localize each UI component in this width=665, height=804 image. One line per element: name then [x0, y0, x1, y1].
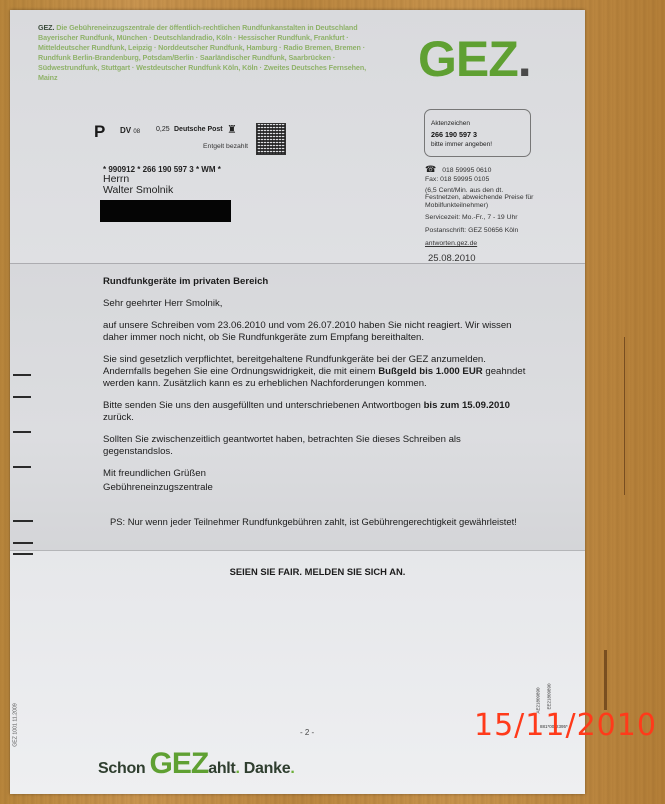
- call-to-action: SEIEN SIE FAIR. MELDEN SIE SICH AN.: [10, 566, 585, 577]
- slogan-dot: .: [235, 760, 239, 777]
- sender-line: Die Gebühreneinzugszentrale der öffentli…: [56, 23, 357, 32]
- redacted-address-bar: [100, 200, 231, 222]
- letter-paragraph-2: Sie sind gesetzlich verpflichtet, bereit…: [103, 354, 533, 390]
- logo-dot: .: [518, 31, 531, 87]
- contact-fax: Fax: 018 59995 0105: [425, 175, 537, 184]
- tick-mark: [13, 553, 33, 555]
- postage-paid: Entgelt bezahlt: [203, 143, 248, 150]
- recipient-name: Walter Smolnik: [103, 185, 173, 196]
- letter-greeting: Sehr geehrter Herr Smolnik,: [103, 298, 533, 310]
- postage-p-letter: P: [94, 122, 105, 142]
- reference-label: Aktenzeichen: [431, 120, 470, 127]
- deadline: bis zum 15.09.2010: [424, 400, 510, 411]
- letter-closing: Mit freundlichen Grüßen: [103, 468, 533, 480]
- tick-mark: [13, 520, 33, 522]
- page-number: - 2 -: [300, 728, 314, 737]
- recipient-address: Herrn Walter Smolnik: [103, 174, 173, 196]
- letter-postscript: PS: Nur wenn jeder Teilnehmer Rundfunkge…: [110, 516, 530, 528]
- gez-logo: GEZ.: [418, 30, 531, 88]
- tick-mark: [13, 466, 31, 468]
- wood-knot: [604, 650, 607, 710]
- tick-mark: [13, 431, 31, 433]
- slogan-dot: .: [290, 760, 294, 777]
- fold-line: [10, 550, 585, 551]
- slogan-text: ahlt: [208, 760, 235, 777]
- slogan-text: Schon: [98, 760, 150, 777]
- postage-carrier: Deutsche Post: [174, 126, 223, 133]
- letter-paragraph-3: Bitte senden Sie uns den ausgefüllten un…: [103, 400, 533, 424]
- footer-slogan: Schon GEZahlt. Danke.: [98, 747, 294, 781]
- sender-line: Mitteldeutscher Rundfunk, Leipzig · Nord…: [38, 43, 383, 53]
- sender-line: Bayerischer Rundfunk, München · Deutschl…: [38, 33, 383, 43]
- postage-dv-code: 08: [133, 129, 140, 135]
- tick-mark: [13, 374, 31, 376]
- contact-service-hours: Servicezeit: Mo.-Fr., 7 - 19 Uhr: [425, 213, 537, 222]
- letter-paragraph-4: Sollten Sie zwischenzeitlich geantwortet…: [103, 434, 533, 458]
- camera-date-stamp: 15/11/2010: [474, 708, 657, 743]
- telephone-icon: ☎: [425, 164, 436, 174]
- postage-rate: 0,25: [156, 126, 170, 133]
- letter-paragraph-1: auf unsere Schreiben vom 23.06.2010 und …: [103, 320, 533, 344]
- letter-signature: Gebühreneinzugszentrale: [103, 482, 533, 494]
- letter-subject: Rundfunkgeräte im privaten Bereich: [103, 276, 533, 288]
- sender-block: GEZ. Die Gebühreneinzugszentrale der öff…: [38, 23, 383, 83]
- tick-mark: [13, 542, 33, 544]
- postage-dv-label: DV: [120, 126, 131, 135]
- sender-line: Rundfunk Berlin-Brandenburg, Potsdam/Ber…: [38, 53, 383, 63]
- wood-crack: [624, 337, 625, 495]
- vertical-code: EE21809890: [547, 683, 552, 709]
- fine-amount: Bußgeld bis 1.000 EUR: [378, 366, 483, 377]
- paragraph-text: Bitte senden Sie uns den ausgefüllten un…: [103, 400, 424, 411]
- letter-sheet: GEZ. Die Gebühreneinzugszentrale der öff…: [10, 10, 585, 794]
- reference-number: 266 190 597 3: [431, 130, 477, 139]
- letter-panel-bottom: [10, 550, 585, 794]
- contact-postal-address: Postanschrift: GEZ 50656 Köln: [425, 226, 537, 235]
- slogan-text: Danke: [244, 760, 291, 777]
- contact-block: ☎018 59995 0610 Fax: 018 59995 0105 (6,5…: [425, 165, 537, 248]
- fold-line: [10, 263, 585, 264]
- reference-note: bitte immer angeben!: [431, 141, 492, 148]
- datamatrix-code: [256, 123, 286, 155]
- logo-text: GEZ: [418, 31, 518, 87]
- sender-org-short: GEZ.: [38, 23, 54, 32]
- slogan-gez: GEZ: [150, 747, 209, 780]
- sender-line: Südwestrundfunk, Stuttgart · Westdeutsch…: [38, 63, 383, 83]
- paragraph-text: zurück.: [103, 412, 134, 423]
- letter-body: Rundfunkgeräte im privaten Bereich Sehr …: [103, 276, 533, 494]
- form-code: GEZ 1001 11.2009: [13, 703, 19, 746]
- post-horn-icon: ♜: [227, 123, 237, 136]
- tick-mark: [13, 396, 31, 398]
- contact-phone: 018 59995 0610: [442, 167, 491, 174]
- contact-website-link[interactable]: antworten.gez.de: [425, 239, 537, 248]
- contact-rate-note: (6,5 Cent/Min. aus den dt. Festnetzen, a…: [425, 187, 537, 209]
- letter-date: 25.08.2010: [428, 253, 476, 264]
- postage-dv: DV 08: [120, 126, 140, 135]
- reference-box: Aktenzeichen 266 190 597 3 bitte immer a…: [424, 109, 531, 157]
